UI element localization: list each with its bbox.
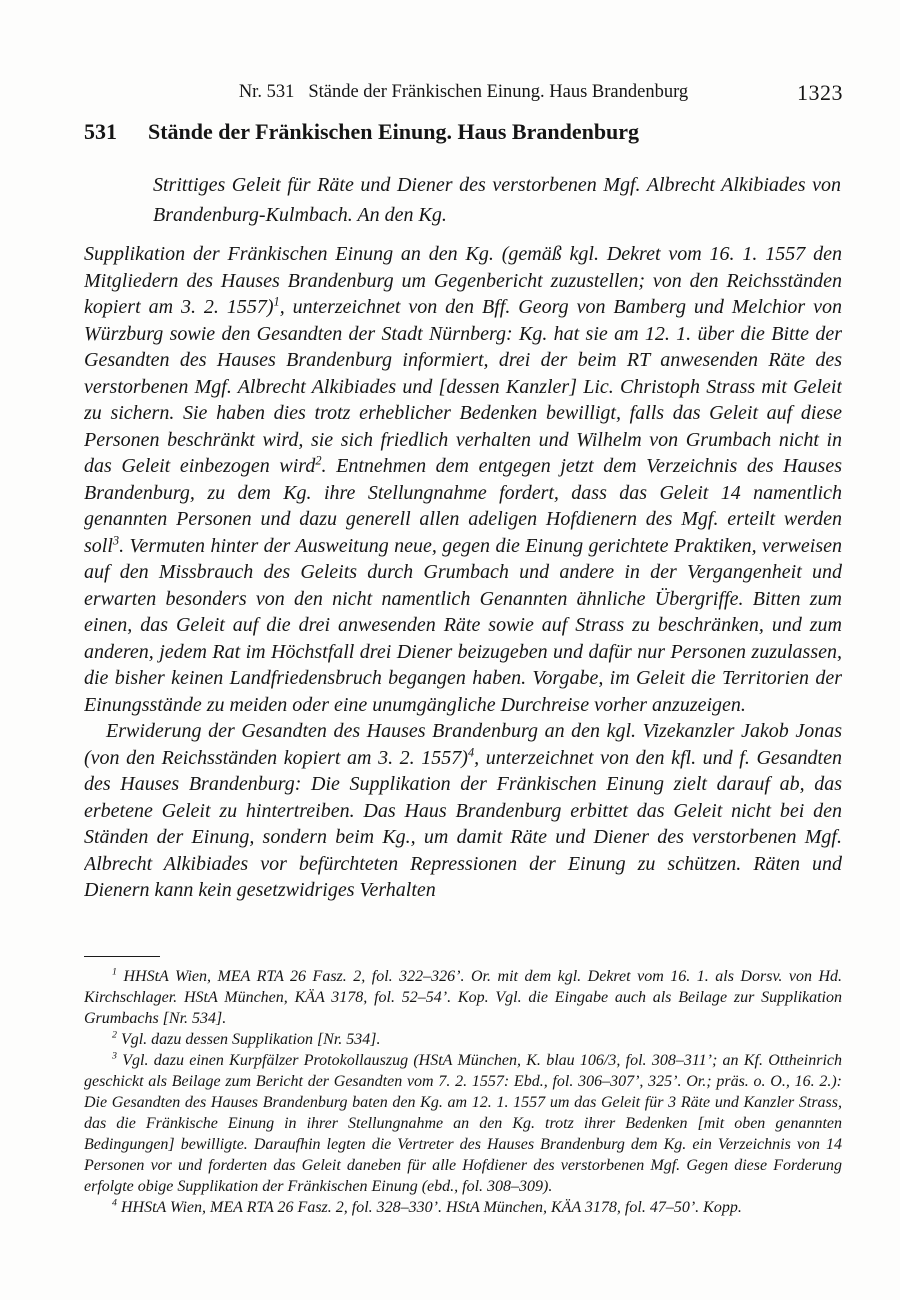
running-header-number: Nr. 531 — [239, 82, 295, 102]
footnote-4-marker: 4 — [112, 1198, 117, 1209]
footnote-2-marker: 2 — [112, 1030, 117, 1041]
footnote-1-text: HHStA Wien, MEA RTA 26 Fasz. 2, fol. 322… — [84, 968, 842, 1027]
running-header-title: Stände der Fränkischen Einung. Haus Bran… — [308, 82, 688, 102]
book-page: Nr. 531Stände der Fränkischen Einung. Ha… — [0, 0, 900, 1300]
section-heading: 531Stände der Fränkischen Einung. Haus B… — [84, 119, 843, 145]
regest-body: Supplikation der Fränkischen Einung an d… — [84, 241, 842, 959]
running-header: Nr. 531Stände der Fränkischen Einung. Ha… — [84, 82, 843, 108]
erwiderung-paragraph: Erwiderung der Gesandten des Hauses Bran… — [84, 718, 842, 904]
supplikation-paragraph: Supplikation der Fränkischen Einung an d… — [84, 241, 842, 718]
footnote-3-marker: 3 — [112, 1051, 117, 1062]
footnote-1-marker: 1 — [112, 967, 117, 978]
footnote-separator-rule — [84, 956, 160, 957]
footnote-1: 1 HHStA Wien, MEA RTA 26 Fasz. 2, fol. 3… — [84, 966, 842, 1029]
footnotes-block: 1 HHStA Wien, MEA RTA 26 Fasz. 2, fol. 3… — [84, 966, 842, 1286]
page-number: 1323 — [797, 80, 843, 106]
footnote-4: 4 HHStA Wien, MEA RTA 26 Fasz. 2, fol. 3… — [84, 1197, 842, 1218]
footnote-3: 3 Vgl. dazu einen Kurpfälzer Protokollau… — [84, 1050, 842, 1197]
footnote-2: 2 Vgl. dazu dessen Supplikation [Nr. 534… — [84, 1029, 842, 1050]
section-number: 531 — [84, 119, 117, 144]
footnote-2-text: Vgl. dazu dessen Supplikation [Nr. 534]. — [121, 1031, 381, 1048]
footnote-4-text: HHStA Wien, MEA RTA 26 Fasz. 2, fol. 328… — [121, 1199, 742, 1216]
section-title: Stände der Fränkischen Einung. Haus Bran… — [148, 119, 639, 144]
document-subtitle: Strittiges Geleit für Räte und Diener de… — [153, 170, 841, 230]
footnote-3-text: Vgl. dazu einen Kurpfälzer Protokollausz… — [84, 1052, 842, 1195]
